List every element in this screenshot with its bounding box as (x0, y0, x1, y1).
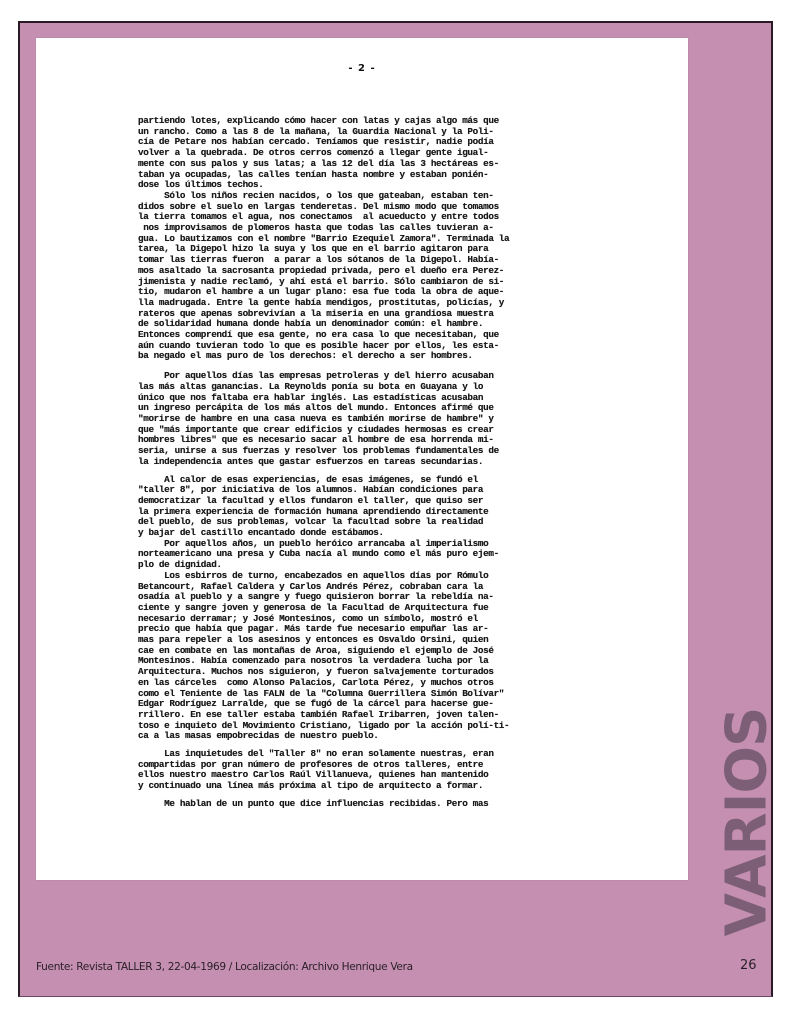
text-line: ba negado el mas puro de los derechos: e… (138, 351, 598, 362)
text-line: ca a las masas empobrecidas de nuestro p… (138, 731, 598, 742)
paragraph: Por aquellos años, un pueblo heróico arr… (138, 539, 598, 571)
page-number: 26 (740, 958, 757, 973)
paragraph: Me hablan de un punto que dice influenci… (138, 799, 598, 810)
text-line: la independencia antes que gastar esfuer… (138, 457, 598, 468)
typewritten-body: partiendo lotes, explicando cómo hacer c… (138, 116, 598, 810)
text-line: las más altas ganancias. La Reynolds pon… (138, 382, 598, 393)
text-line: y continuado una línea más próxima al ti… (138, 781, 598, 792)
paragraph: Los esbirros de turno, encabezados en aq… (138, 571, 598, 742)
text-line: Los esbirros de turno, encabezados en aq… (138, 571, 598, 582)
paragraph: Las inquietudes del "Taller 8" no eran s… (138, 749, 598, 792)
paragraph: partiendo lotes, explicando cómo hacer c… (138, 116, 598, 191)
section-label-varios: VARIOS (715, 708, 780, 937)
paragraph: Al calor de esas experiencias, de esas i… (138, 475, 598, 539)
text-line: Me hablan de un punto que dice influenci… (138, 799, 598, 810)
paragraph: Por aquellos días las empresas petrolera… (138, 371, 598, 467)
paragraph: Sólo los niños recien nacidos, o los que… (138, 191, 598, 362)
scanned-document-page: - 2 - partiendo lotes, explicando cómo h… (36, 38, 688, 880)
text-line: mente con sus palos y sus latas; a las 1… (138, 159, 598, 170)
footer-source-credit: Fuente: Revista TALLER 3, 22-04-1969 / L… (36, 961, 413, 973)
text-line: democratizar la facultad y ellos fundaro… (138, 496, 598, 507)
text-line: en las cárceles como Alonso Palacios, Ca… (138, 678, 598, 689)
text-line: mos asaltado la sacrosanta propiedad pri… (138, 266, 598, 277)
document-page-header: - 2 - (36, 63, 688, 74)
